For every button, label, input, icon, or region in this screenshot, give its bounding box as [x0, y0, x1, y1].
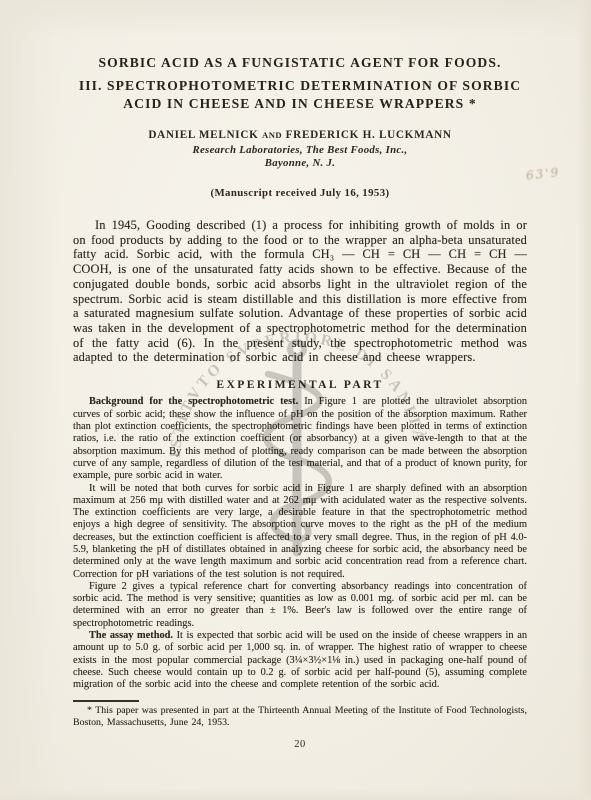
paper-title-line2: III. SPECTROPHOTOMETRIC DETERMINATION OF…: [73, 77, 527, 95]
author-conjunction: AND: [262, 130, 282, 140]
affiliation-line1: Research Laboratories, The Best Foods, I…: [73, 144, 527, 157]
page-content: SORBIC ACID AS A FUNGISTATIC AGENT FOR F…: [73, 48, 527, 750]
affiliation-block: Research Laboratories, The Best Foods, I…: [73, 144, 527, 170]
manuscript-received-note: (Manuscript received July 16, 1953): [73, 187, 527, 200]
experimental-paragraph-2: It will be noted that both curves for so…: [73, 483, 527, 581]
author-2: FREDERICK H. LUCKMANN: [286, 129, 452, 141]
intro-paragraph: In 1945, Gooding described (1) a process…: [73, 218, 527, 365]
affiliation-line2: Bayonne, N. J.: [73, 157, 527, 170]
paragraph-1-lead-in: Background for the spectrophotometric te…: [89, 396, 298, 407]
section-heading-experimental: EXPERIMENTAL PART: [73, 377, 527, 392]
pencil-annotation: 63'9: [525, 165, 560, 182]
page-number: 20: [73, 739, 527, 750]
authors-line: DANIEL MELNICK AND FREDERICK H. LUCKMANN: [73, 128, 527, 142]
scanned-paper-page: SORBIC ACID AS A FUNGISTATIC AGENT FOR F…: [0, 0, 591, 800]
scan-edge-top: [0, 0, 591, 40]
experimental-paragraph-3: Figure 2 gives a typical reference chart…: [73, 581, 527, 630]
experimental-paragraph-1: Background for the spectrophotometric te…: [73, 396, 527, 482]
scan-edge-right: [575, 0, 591, 800]
scan-edge-left: [0, 0, 66, 800]
paper-title-line1: SORBIC ACID AS A FUNGISTATIC AGENT FOR F…: [73, 54, 527, 71]
paper-title-line3: ACID IN CHEESE AND IN CHEESE WRAPPERS *: [73, 95, 527, 113]
paragraph-4-lead-in: The assay method.: [89, 630, 173, 641]
footnote-divider: [73, 700, 139, 702]
scan-edge-bottom: [0, 786, 591, 800]
author-1: DANIEL MELNICK: [148, 129, 258, 141]
paragraph-1-body: In Figure 1 are plotted the ultraviolet …: [73, 396, 527, 481]
footnote-text: * This paper was presented in part at th…: [73, 705, 527, 730]
paper-title-subtitle: III. SPECTROPHOTOMETRIC DETERMINATION OF…: [73, 77, 527, 112]
experimental-paragraph-4: The assay method. It is expected that so…: [73, 630, 527, 691]
